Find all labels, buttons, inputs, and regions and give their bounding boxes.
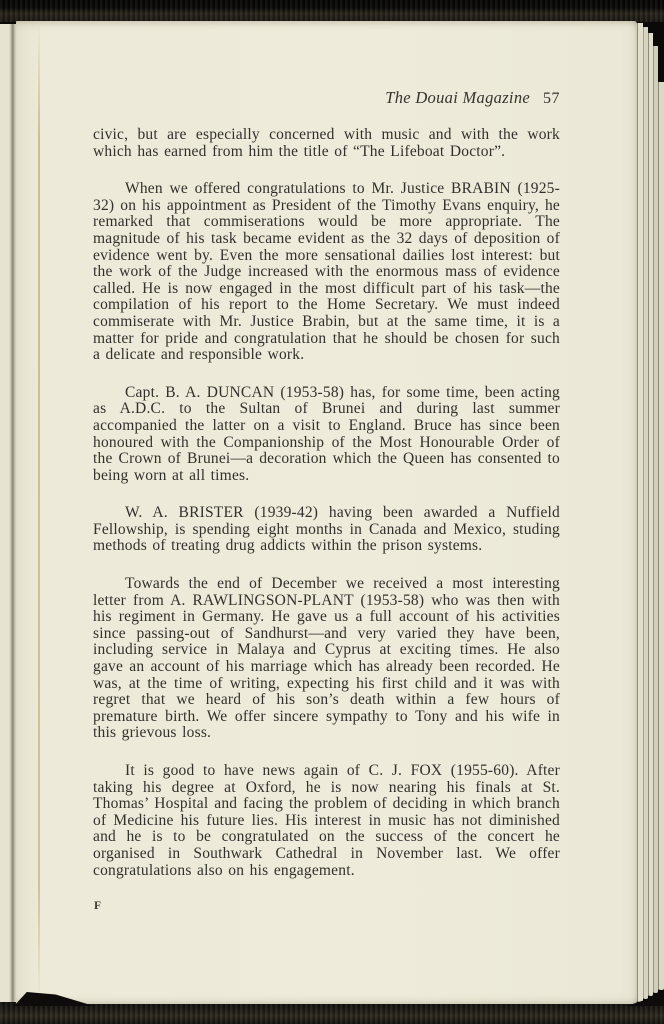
running-head: The Douai Magazine 57 — [93, 88, 560, 108]
fore-edge-page — [658, 82, 664, 990]
book-cover-bottom-edge — [0, 1002, 664, 1024]
paragraph-continuation-lifeboat-doctor: civic, but are especially concerned with… — [93, 127, 560, 160]
running-head-title: The Douai Magazine — [385, 88, 530, 108]
page-content: The Douai Magazine 57 civic, but are esp… — [93, 21, 560, 912]
book-page: The Douai Magazine 57 civic, but are esp… — [16, 21, 637, 1004]
paragraph-capt-duncan: Capt. B. A. DUNCAN (1953-58) has, for so… — [93, 385, 560, 485]
scanned-book-photo: The Douai Magazine 57 civic, but are esp… — [0, 0, 664, 1024]
paragraph-brister: W. A. BRISTER (1939-42) having been awar… — [93, 505, 560, 555]
printers-signature-mark: F — [93, 900, 560, 912]
page-number: 57 — [543, 90, 560, 108]
book-cover-top-edge — [0, 0, 664, 22]
paragraph-fox: It is good to have news again of C. J. F… — [93, 763, 560, 879]
page-crease-line — [38, 21, 40, 1004]
right-fore-edge-page-stack — [637, 0, 664, 1024]
paragraph-rawlingson-plant: Towards the end of December we received … — [93, 576, 560, 742]
paragraph-justice-brabin: When we offered congratulations to Mr. J… — [93, 181, 560, 364]
